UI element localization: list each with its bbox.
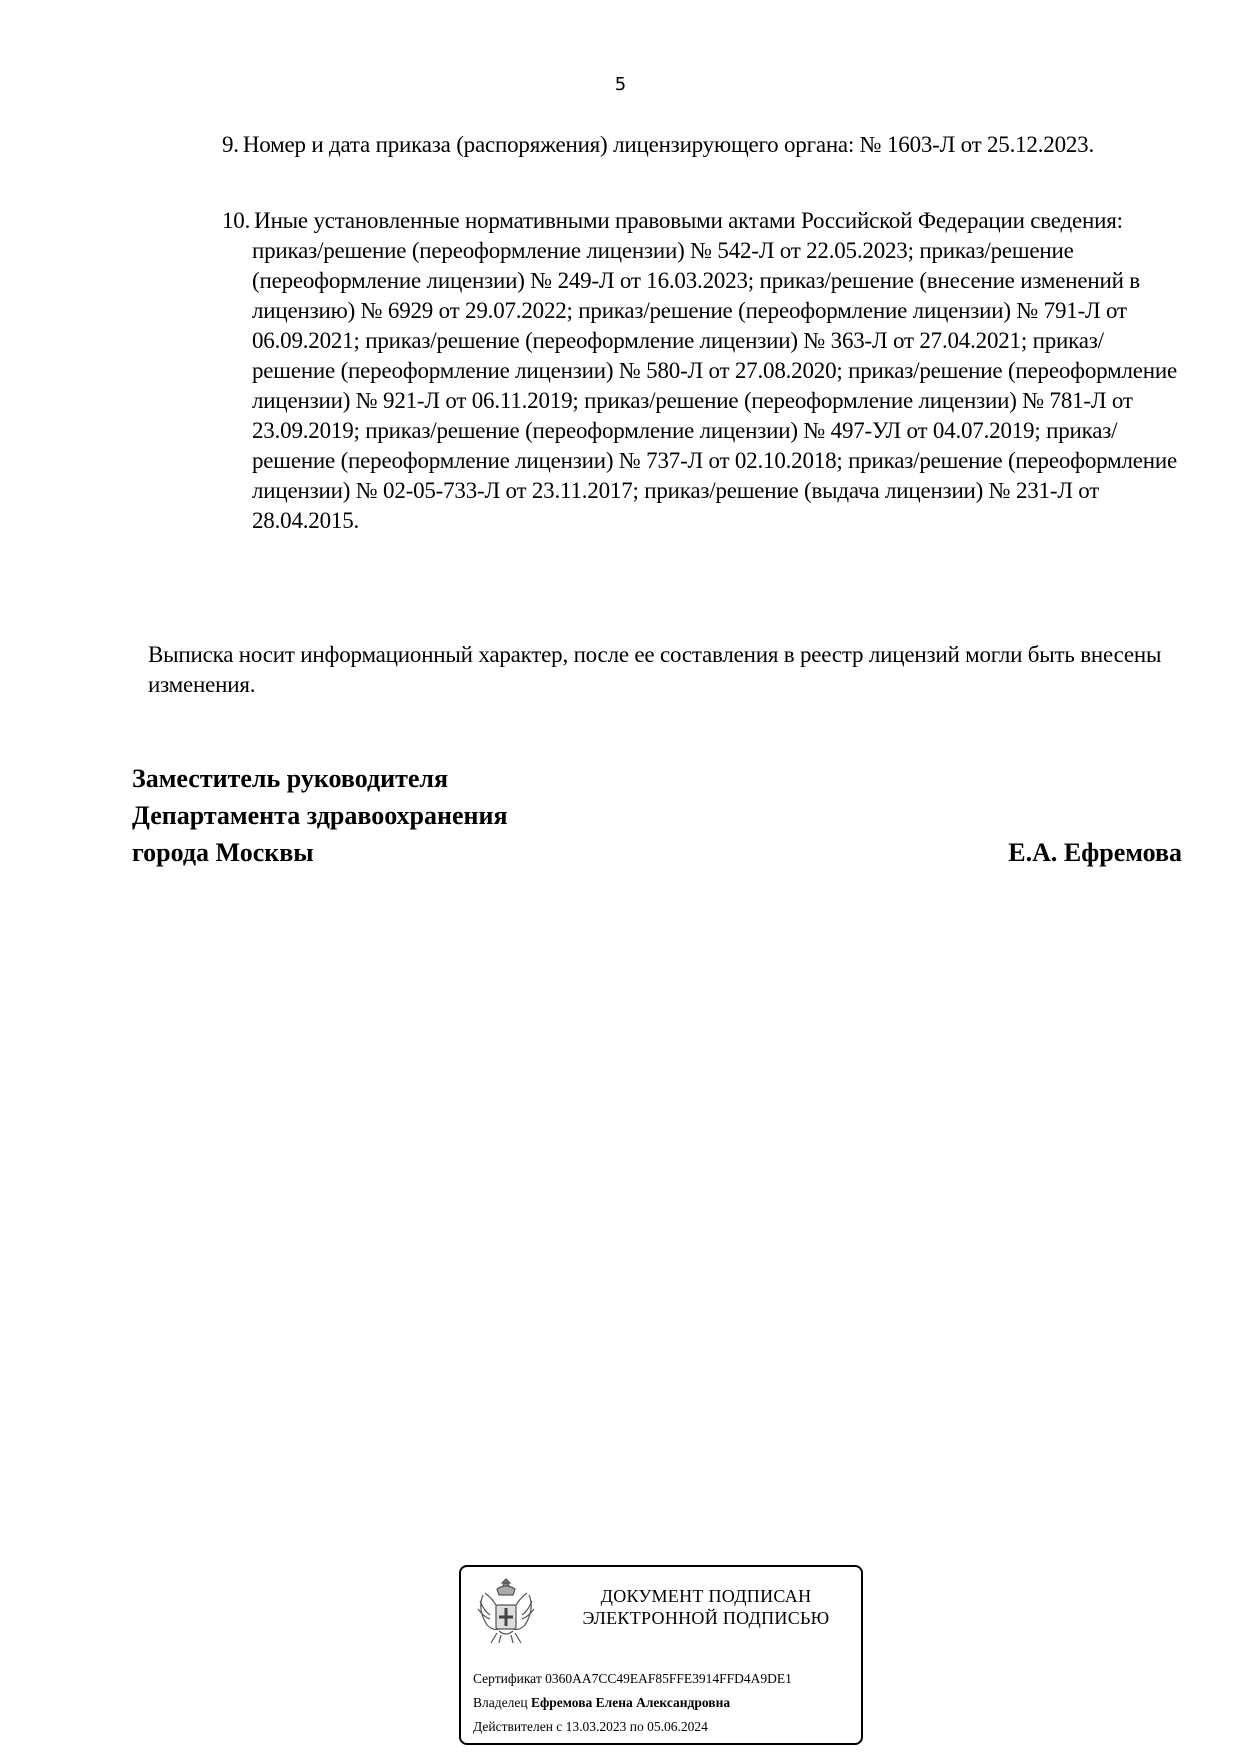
signatory-block: Заместитель руководителя Департамента зд… (132, 760, 1182, 871)
signatory-name: Е.А. Ефремова (1008, 834, 1182, 871)
owner-row: Владелец Ефремова Елена Александровна (473, 1691, 792, 1715)
stamp-details: Сертификат 0360AA7CC49EAF85FFE3914FFD4A9… (473, 1667, 792, 1739)
stamp-title-line1: ДОКУМЕНТ ПОДПИСАН (561, 1585, 851, 1607)
owner-label: Владелец (473, 1695, 528, 1710)
stamp-title-line2: ЭЛЕКТРОННОЙ ПОДПИСЬЮ (561, 1607, 851, 1629)
list-item-text: Номер и дата приказа (распоряжения) лице… (222, 130, 1182, 160)
disclaimer-text: Выписка носит информационный характер, п… (148, 640, 1188, 700)
list-item-number: 9. (222, 130, 239, 160)
certificate-label: Сертификат (473, 1671, 542, 1686)
certificate-row: Сертификат 0360AA7CC49EAF85FFE3914FFD4A9… (473, 1667, 792, 1691)
list-item-number: 10. (222, 206, 250, 236)
list-item-9: 9. Номер и дата приказа (распоряжения) л… (222, 130, 1182, 160)
page-number: 5 (0, 74, 1241, 95)
list-item-text: Иные установленные нормативными правовым… (222, 206, 1182, 536)
signatory-position-line1: Заместитель руководителя (132, 760, 1182, 797)
owner-value: Ефремова Елена Александровна (531, 1695, 730, 1710)
coat-of-arms-icon (475, 1575, 537, 1647)
certificate-value: 0360AA7CC49EAF85FFE3914FFD4A9DE1 (545, 1671, 792, 1686)
electronic-signature-stamp: ДОКУМЕНТ ПОДПИСАН ЭЛЕКТРОННОЙ ПОДПИСЬЮ С… (459, 1565, 863, 1745)
signatory-position-line2: Департамента здравоохранения (132, 797, 1182, 834)
validity-period: Действителен с 13.03.2023 по 05.06.2024 (473, 1715, 792, 1739)
stamp-title: ДОКУМЕНТ ПОДПИСАН ЭЛЕКТРОННОЙ ПОДПИСЬЮ (561, 1585, 851, 1629)
list-item-10: 10. Иные установленные нормативными прав… (222, 206, 1182, 536)
